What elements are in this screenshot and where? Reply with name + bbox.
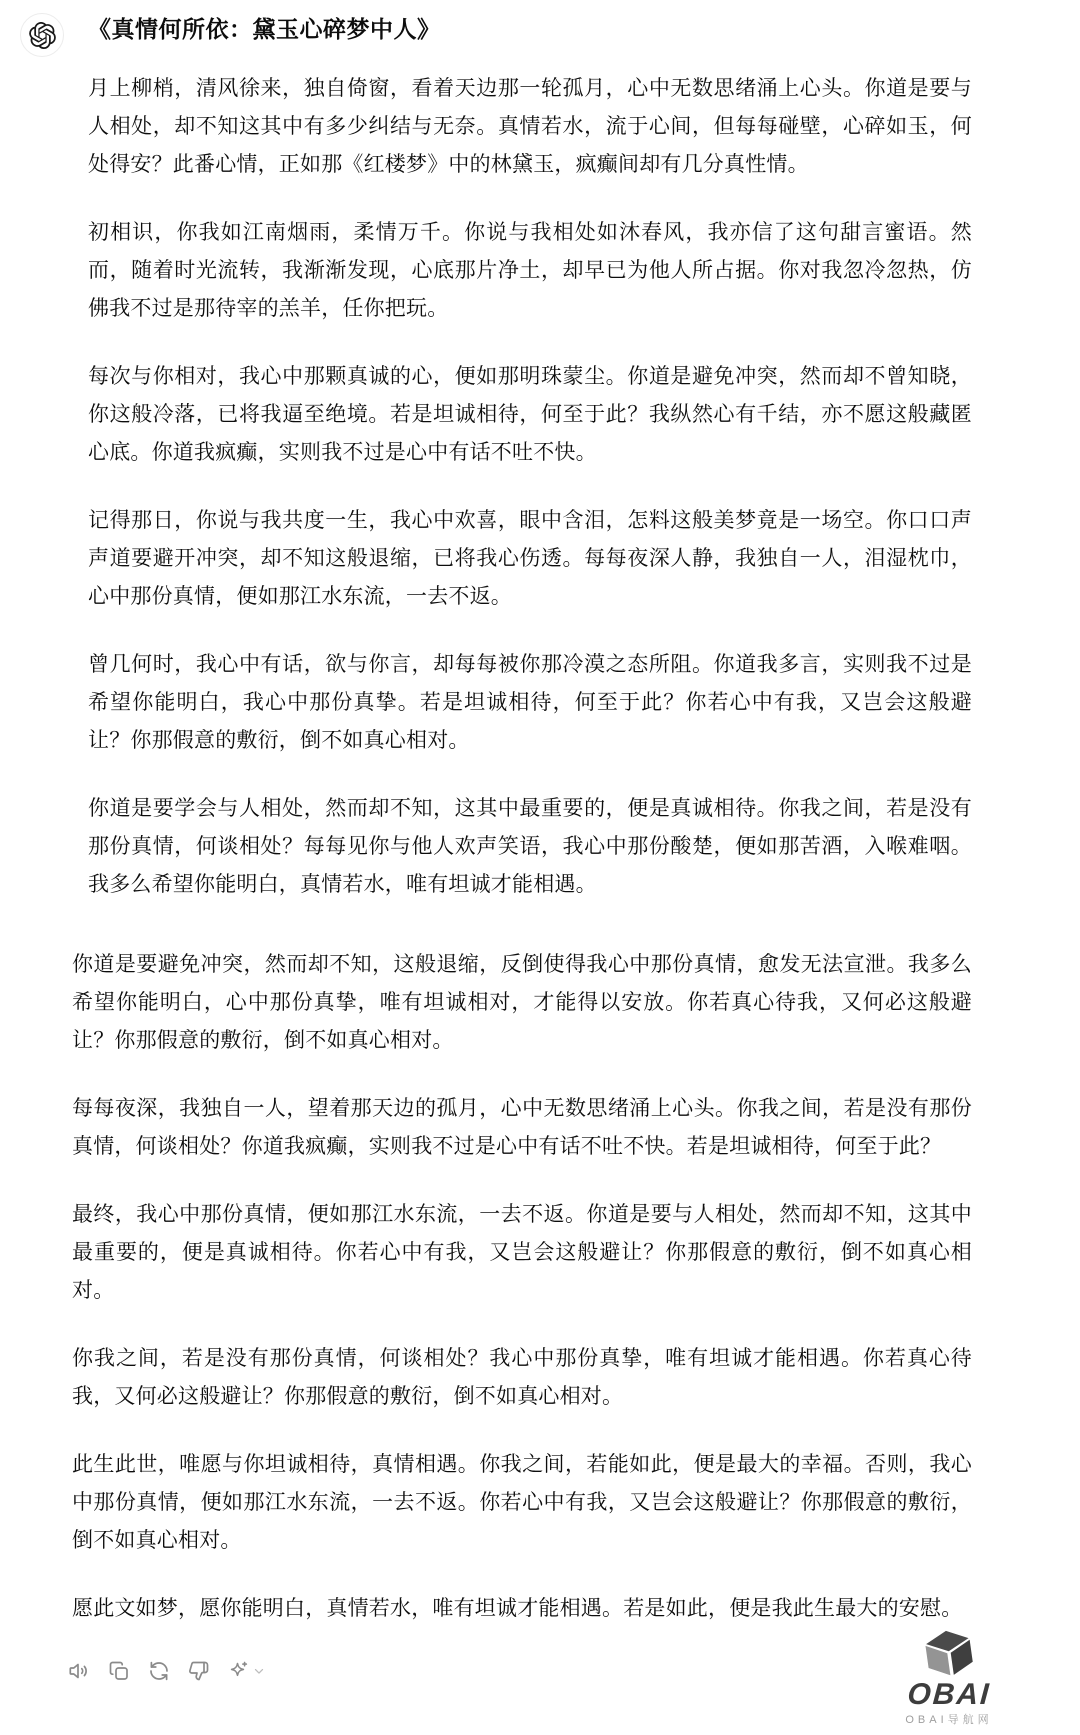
message-title: 《真情何所依：黛玉心碎梦中人》 [72,12,972,46]
copy-button[interactable] [106,1658,131,1683]
obai-logo: OBAI OBAI导航网 [874,1629,1024,1727]
paragraph: 曾几何时，我心中有话，欲与你言，却每每被你那冷漠之态所阻。你道我多言，实则我不过… [72,646,972,760]
paragraph: 你道是要避免冲突，然而却不知，这般退缩，反倒使得我心中那份真情，愈发无法宣泄。我… [72,946,972,1060]
regenerate-icon [147,1659,171,1683]
paragraph: 记得那日，你说与我共度一生，我心中欢喜，眼中含泪，怎料这般美梦竟是一场空。你口口… [72,502,972,616]
sparkle-icon [226,1659,250,1683]
paragraph: 初相识，你我如江南烟雨，柔情万千。你说与我相处如沐春风，我亦信了这句甜言蜜语。然… [72,214,972,328]
brand-subtitle: OBAI导航网 [874,1713,1024,1727]
paragraph: 你道是要学会与人相处，然而却不知，这其中最重要的，便是真诚相待。你我之间，若是没… [72,790,972,904]
thumbs-down-button[interactable] [186,1658,211,1683]
speaker-icon [67,1659,91,1683]
paragraph: 月上柳梢，清风徐来，独自倚窗，看着天边那一轮孤月，心中无数思绪涌上心头。你道是要… [72,70,972,184]
regenerate-button[interactable] [146,1658,171,1683]
paragraph: 每次与你相对，我心中那颗真诚的心，便如那明珠蒙尘。你道是避免冲突，然而却不曾知晓… [72,358,972,472]
model-switch-button[interactable] [226,1658,266,1683]
paragraph: 最终，我心中那份真情，便如那江水东流，一去不返。你道是要与人相处，然而却不知，这… [72,1196,972,1310]
cube-icon [920,1626,978,1681]
brand-name: OBAI [873,1679,1025,1711]
openai-logo-icon [29,22,56,49]
assistant-avatar [20,13,64,57]
read-aloud-button[interactable] [66,1658,91,1683]
message-actions [66,1658,972,1683]
copy-icon [107,1659,131,1683]
paragraph: 你我之间，若是没有那份真情，何谈相处？我心中那份真挚，唯有坦诚才能相遇。你若真心… [72,1340,972,1416]
thumbs-down-icon [187,1659,211,1683]
chevron-down-icon [252,1664,266,1678]
paragraph: 愿此文如梦，愿你能明白，真情若水，唯有坦诚才能相遇。若是如此，便是我此生最大的安… [72,1590,972,1628]
assistant-message: 《真情何所依：黛玉心碎梦中人》 月上柳梢，清风徐来，独自倚窗，看着天边那一轮孤月… [72,12,972,1683]
paragraph: 此生此世，唯愿与你坦诚相待，真情相遇。你我之间，若能如此，便是最大的幸福。否则，… [72,1446,972,1560]
chat-page: { "message": { "title": "《真情何所依：黛玉心碎梦中人》… [0,0,1080,1735]
paragraph: 每每夜深，我独自一人，望着那天边的孤月，心中无数思绪涌上心头。你我之间，若是没有… [72,1090,972,1166]
